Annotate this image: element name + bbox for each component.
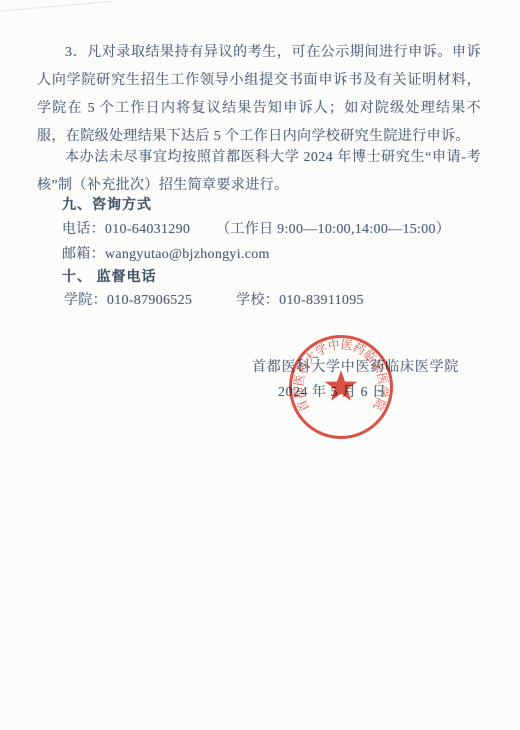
phone-label: 电话： <box>62 222 105 237</box>
college-phone-number: 010-87906525 <box>107 293 192 308</box>
school-phone-label: 学校： <box>236 293 279 308</box>
official-seal-stamp: 首都医科大学中医药临床医学院 <box>271 317 411 457</box>
phone-line: 电话：010-64031290（工作日 9:00—10:00,14:00—15:… <box>62 217 450 242</box>
catchall-paragraph: 本办法未尽事宜均按照首都医科大学 2024 年博士研究生“申请-考核”制（补充批… <box>37 144 481 200</box>
email-line: 邮箱：wangyutao@bjzhongyi.com <box>62 242 270 267</box>
office-hours: （工作日 9:00—10:00,14:00—15:00） <box>216 222 450 237</box>
email-address: wangyutao@bjzhongyi.com <box>105 247 270 262</box>
section-heading-consult: 九、咨询方式 <box>62 193 152 218</box>
section-heading-supervise: 十、 监督电话 <box>62 265 157 290</box>
stamp-star-icon <box>325 370 357 401</box>
phone-number: 010-64031290 <box>105 222 190 237</box>
supervise-phone-line: 学院：010-87906525学校：010-83911095 <box>64 288 364 313</box>
scan-crease-artifact <box>0 1 112 12</box>
email-label: 邮箱： <box>62 247 105 262</box>
appeal-paragraph: 3．凡对录取结果持有异议的考生，可在公示期间进行申诉。申诉人向学院研究生招生工作… <box>37 39 481 151</box>
school-phone-number: 010-83911095 <box>279 293 364 308</box>
document-page: 3．凡对录取结果持有异议的考生，可在公示期间进行申诉。申诉人向学院研究生招生工作… <box>0 0 520 730</box>
college-phone-label: 学院： <box>64 293 107 308</box>
